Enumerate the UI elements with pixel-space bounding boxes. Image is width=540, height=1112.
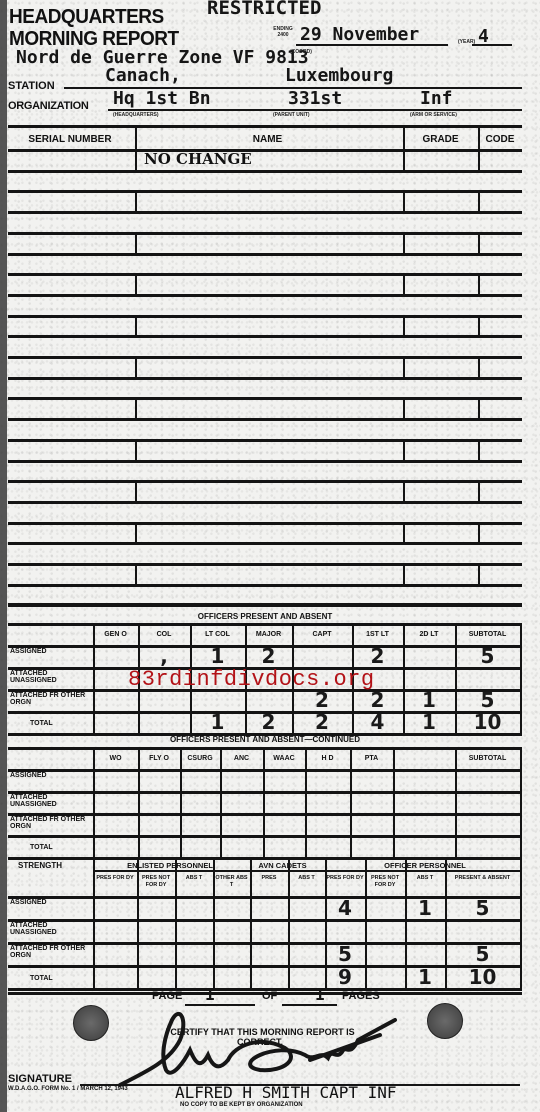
row-label-attached-fr-other-orgn: ATTACHED FR OTHER ORGN bbox=[10, 816, 90, 830]
year-underline bbox=[472, 44, 512, 46]
roster-row-line bbox=[8, 542, 522, 545]
cell-value: , bbox=[138, 644, 190, 668]
column-header: CSURG bbox=[180, 755, 220, 763]
copy-note: NO COPY TO BE KEPT BY ORGANIZATION bbox=[180, 1102, 303, 1108]
group-avn-cadets: AVN CADETS bbox=[250, 861, 315, 870]
roster-row-line bbox=[8, 563, 522, 566]
roster-column-divider bbox=[403, 480, 405, 501]
strength-column-header: ABS T bbox=[175, 875, 213, 882]
roster-row-line bbox=[8, 190, 522, 193]
strength-cell-value: 9 bbox=[325, 965, 365, 989]
column-header-grade: GRADE bbox=[403, 134, 478, 145]
roster-column-divider bbox=[135, 232, 137, 253]
table-column-divider bbox=[93, 623, 95, 733]
roster-header-divider bbox=[478, 128, 480, 150]
roster-column-divider bbox=[403, 439, 405, 460]
column-header: WO bbox=[93, 755, 138, 763]
handwritten-signature bbox=[110, 1000, 410, 1090]
row-label-attached-fr-other-orgn: ATTACHED FR OTHER ORGN bbox=[10, 692, 90, 706]
column-header: CAPT bbox=[292, 631, 352, 639]
organization-regiment: 331st bbox=[288, 88, 342, 109]
year-label: (YEAR) bbox=[458, 39, 475, 45]
sub-label-parent-unit: (PARENT UNIT) bbox=[273, 112, 310, 118]
strength-cell-value: 5 bbox=[445, 942, 520, 966]
column-header: COL bbox=[138, 631, 190, 639]
group-officer-personnel: OFFICER PERSONNEL bbox=[330, 861, 520, 870]
column-header-serial-number: SERIAL NUMBER bbox=[10, 134, 130, 145]
column-header: 1ST LT bbox=[352, 631, 403, 639]
table-column-divider bbox=[393, 747, 395, 857]
roster-header-divider bbox=[135, 128, 137, 150]
station-label: STATION bbox=[8, 80, 55, 92]
cell-value: 5 bbox=[455, 644, 520, 668]
strength-column-header: ABS T bbox=[288, 875, 325, 882]
column-header: WAAC bbox=[263, 755, 305, 763]
roster-row-line bbox=[8, 170, 522, 173]
column-header: PTA bbox=[350, 755, 393, 763]
roster-row-line bbox=[8, 584, 522, 587]
table-column-divider bbox=[263, 747, 265, 857]
roster-header-divider bbox=[403, 128, 405, 150]
column-header: H D bbox=[305, 755, 350, 763]
roster-row-line bbox=[8, 377, 522, 380]
roster-column-divider bbox=[403, 315, 405, 336]
roster-column-divider bbox=[478, 356, 480, 377]
strength-column-header: PRES NOT FOR DY bbox=[137, 875, 175, 889]
strength-column-header: PRES bbox=[250, 875, 288, 882]
roster-column-divider bbox=[135, 315, 137, 336]
table-column-divider bbox=[180, 747, 182, 857]
roster-row-line bbox=[8, 522, 522, 525]
roster-row-line bbox=[8, 211, 522, 214]
form-title-headquarters: HEADQUARTERS bbox=[9, 6, 164, 29]
strength-column-header: PRES FOR DY bbox=[93, 875, 137, 882]
sub-label-arm-service: (ARM OR SERVICE) bbox=[410, 112, 457, 118]
officers-table-title: OFFICERS PRESENT AND ABSENT bbox=[8, 612, 522, 621]
cell-value: 10 bbox=[455, 710, 520, 734]
cell-value: 2 bbox=[352, 644, 403, 668]
roster-column-divider bbox=[403, 356, 405, 377]
cell-value: 1 bbox=[190, 710, 245, 734]
roster-column-divider bbox=[135, 563, 137, 584]
organization-unit: Hq 1st Bn bbox=[113, 88, 211, 109]
ending-label: ENDING 2400 bbox=[272, 26, 294, 38]
roster-column-divider bbox=[403, 563, 405, 584]
table-column-divider bbox=[220, 747, 222, 857]
roster-row-line bbox=[8, 501, 522, 504]
roster-column-divider bbox=[135, 149, 137, 170]
roster-column-divider bbox=[478, 315, 480, 336]
roster-row-line bbox=[8, 460, 522, 463]
station-country: Luxembourg bbox=[285, 65, 393, 86]
strength-cell-value: 5 bbox=[325, 942, 365, 966]
strength-column-header: ABS T bbox=[405, 875, 445, 882]
strength-cell-value: 5 bbox=[445, 896, 520, 920]
strength-column-header: PRES NOT FOR DY bbox=[365, 875, 405, 889]
strength-column-header: OTHER ABS T bbox=[213, 875, 250, 889]
location-sub-label: (COORD) bbox=[290, 49, 312, 55]
column-header: 2D LT bbox=[403, 631, 455, 639]
roster-column-divider bbox=[478, 190, 480, 211]
roster-column-divider bbox=[403, 522, 405, 543]
roster-column-divider bbox=[478, 232, 480, 253]
strength-row-label: ATTACHED UNASSIGNED bbox=[10, 922, 90, 936]
table-column-divider bbox=[455, 747, 457, 857]
roster-column-divider bbox=[478, 273, 480, 294]
roster-row-line bbox=[8, 149, 522, 152]
roster-column-divider bbox=[403, 190, 405, 211]
cell-value: 1 bbox=[403, 688, 455, 712]
cell-value: 2 bbox=[245, 710, 292, 734]
strength-title: STRENGTH bbox=[18, 862, 88, 869]
strength-column-header: PRESENT & ABSENT bbox=[445, 875, 520, 882]
roster-row-line bbox=[8, 253, 522, 256]
cell-value: 2 bbox=[292, 710, 352, 734]
column-header-name: NAME bbox=[135, 134, 400, 145]
strength-cell-value: 4 bbox=[325, 896, 365, 920]
roster-column-divider bbox=[478, 522, 480, 543]
roster-entry-no-change: NO CHANGE bbox=[144, 150, 252, 168]
roster-column-divider bbox=[478, 439, 480, 460]
roster-column-divider bbox=[403, 273, 405, 294]
row-label-attached-unassigned: ATTACHED UNASSIGNED bbox=[10, 794, 90, 808]
roster-column-divider bbox=[135, 190, 137, 211]
roster-top-border bbox=[8, 125, 522, 128]
column-header: FLY O bbox=[138, 755, 180, 763]
column-header: LT COL bbox=[190, 631, 245, 639]
roster-column-divider bbox=[403, 232, 405, 253]
roster-row-line bbox=[8, 418, 522, 421]
table-row-line bbox=[8, 835, 522, 838]
officers-continued-title: OFFICERS PRESENT AND ABSENT—CONTINUED bbox=[8, 735, 522, 744]
roster-row-line bbox=[8, 232, 522, 235]
roster-column-divider bbox=[403, 397, 405, 418]
table-column-divider bbox=[305, 747, 307, 857]
officers-table-top-border bbox=[8, 603, 522, 606]
roster-column-divider bbox=[135, 480, 137, 501]
binder-hole-left bbox=[73, 1005, 109, 1041]
roster-column-divider bbox=[403, 149, 405, 170]
row-label-assigned: ASSIGNED bbox=[10, 772, 90, 779]
roster-row-line bbox=[8, 335, 522, 338]
roster-column-divider bbox=[478, 563, 480, 584]
organization-label: ORGANIZATION bbox=[8, 100, 89, 112]
roster-column-divider bbox=[135, 522, 137, 543]
roster-row-line bbox=[8, 397, 522, 400]
roster-row-line bbox=[8, 439, 522, 442]
row-label-attached-unassigned: ATTACHED UNASSIGNED bbox=[10, 670, 90, 684]
group-underline bbox=[93, 870, 520, 872]
strength-row-label: TOTAL bbox=[30, 975, 110, 982]
roster-row-line bbox=[8, 480, 522, 483]
classification-stamp: RESTRICTED bbox=[207, 0, 321, 19]
roster-row-line bbox=[8, 356, 522, 359]
binder-hole-right bbox=[427, 1003, 463, 1039]
strength-row-label: ATTACHED FR OTHER ORGN bbox=[10, 945, 90, 959]
cell-value: 2 bbox=[245, 644, 292, 668]
morning-report-page: RESTRICTED HEADQUARTERS MORNING REPORT E… bbox=[0, 0, 540, 1112]
roster-column-divider bbox=[135, 356, 137, 377]
roster-column-divider bbox=[478, 480, 480, 501]
column-header: GEN O bbox=[93, 631, 138, 639]
roster-column-divider bbox=[135, 397, 137, 418]
strength-row-label: ASSIGNED bbox=[10, 899, 90, 906]
roster-column-divider bbox=[135, 273, 137, 294]
column-header: ANC bbox=[220, 755, 263, 763]
roster-row-line bbox=[8, 294, 522, 297]
strength-cell-value: 10 bbox=[445, 965, 520, 989]
signer-typed-name: ALFRED H SMITH CAPT INF bbox=[175, 1083, 397, 1102]
roster-column-divider bbox=[478, 149, 480, 170]
strength-cell-value: 1 bbox=[405, 896, 445, 920]
cell-value: 5 bbox=[455, 688, 520, 712]
organization-arm: Inf bbox=[420, 88, 453, 109]
column-header: SUBTOTAL bbox=[455, 755, 520, 763]
row-label-total: TOTAL bbox=[30, 720, 110, 727]
station-city: Canach, bbox=[105, 65, 181, 86]
roster-row-line bbox=[8, 315, 522, 318]
signature-label: SIGNATURE bbox=[8, 1073, 72, 1085]
table-column-divider bbox=[350, 747, 352, 857]
column-header: SUBTOTAL bbox=[455, 631, 520, 639]
table-column-divider bbox=[138, 747, 140, 857]
strength-column-divider bbox=[520, 857, 522, 988]
column-header: MAJOR bbox=[245, 631, 292, 639]
report-date: 29 November bbox=[300, 24, 419, 45]
cell-value: 4 bbox=[352, 710, 403, 734]
watermark: 83rdinfdivdocs.org bbox=[128, 667, 375, 692]
scan-edge bbox=[0, 0, 7, 1112]
table-column-divider bbox=[520, 623, 522, 733]
sub-label-headquarters: (HEADQUARTERS) bbox=[113, 112, 159, 118]
roster-column-divider bbox=[478, 397, 480, 418]
row-label-total: TOTAL bbox=[30, 844, 110, 851]
roster-column-divider bbox=[135, 439, 137, 460]
roster-row-line bbox=[8, 273, 522, 276]
table-column-divider bbox=[520, 747, 522, 857]
table-header-line bbox=[8, 747, 522, 750]
date-underline bbox=[296, 44, 448, 46]
cell-value: 1 bbox=[190, 644, 245, 668]
cell-value: 1 bbox=[403, 710, 455, 734]
strength-cell-value: 1 bbox=[405, 965, 445, 989]
organization-underline bbox=[108, 109, 522, 111]
row-label-assigned: ASSIGNED bbox=[10, 648, 90, 655]
column-header-code: CODE bbox=[478, 134, 522, 145]
table-header-line bbox=[8, 623, 522, 626]
strength-column-header: PRES FOR DY bbox=[325, 875, 365, 882]
table-column-divider bbox=[93, 747, 95, 857]
form-number: W.D.A.G.O. FORM No. 1 / MARCH 12, 1943 bbox=[8, 1086, 128, 1093]
group-enlisted-personnel: ENLISTED PERSONNEL bbox=[95, 861, 245, 870]
